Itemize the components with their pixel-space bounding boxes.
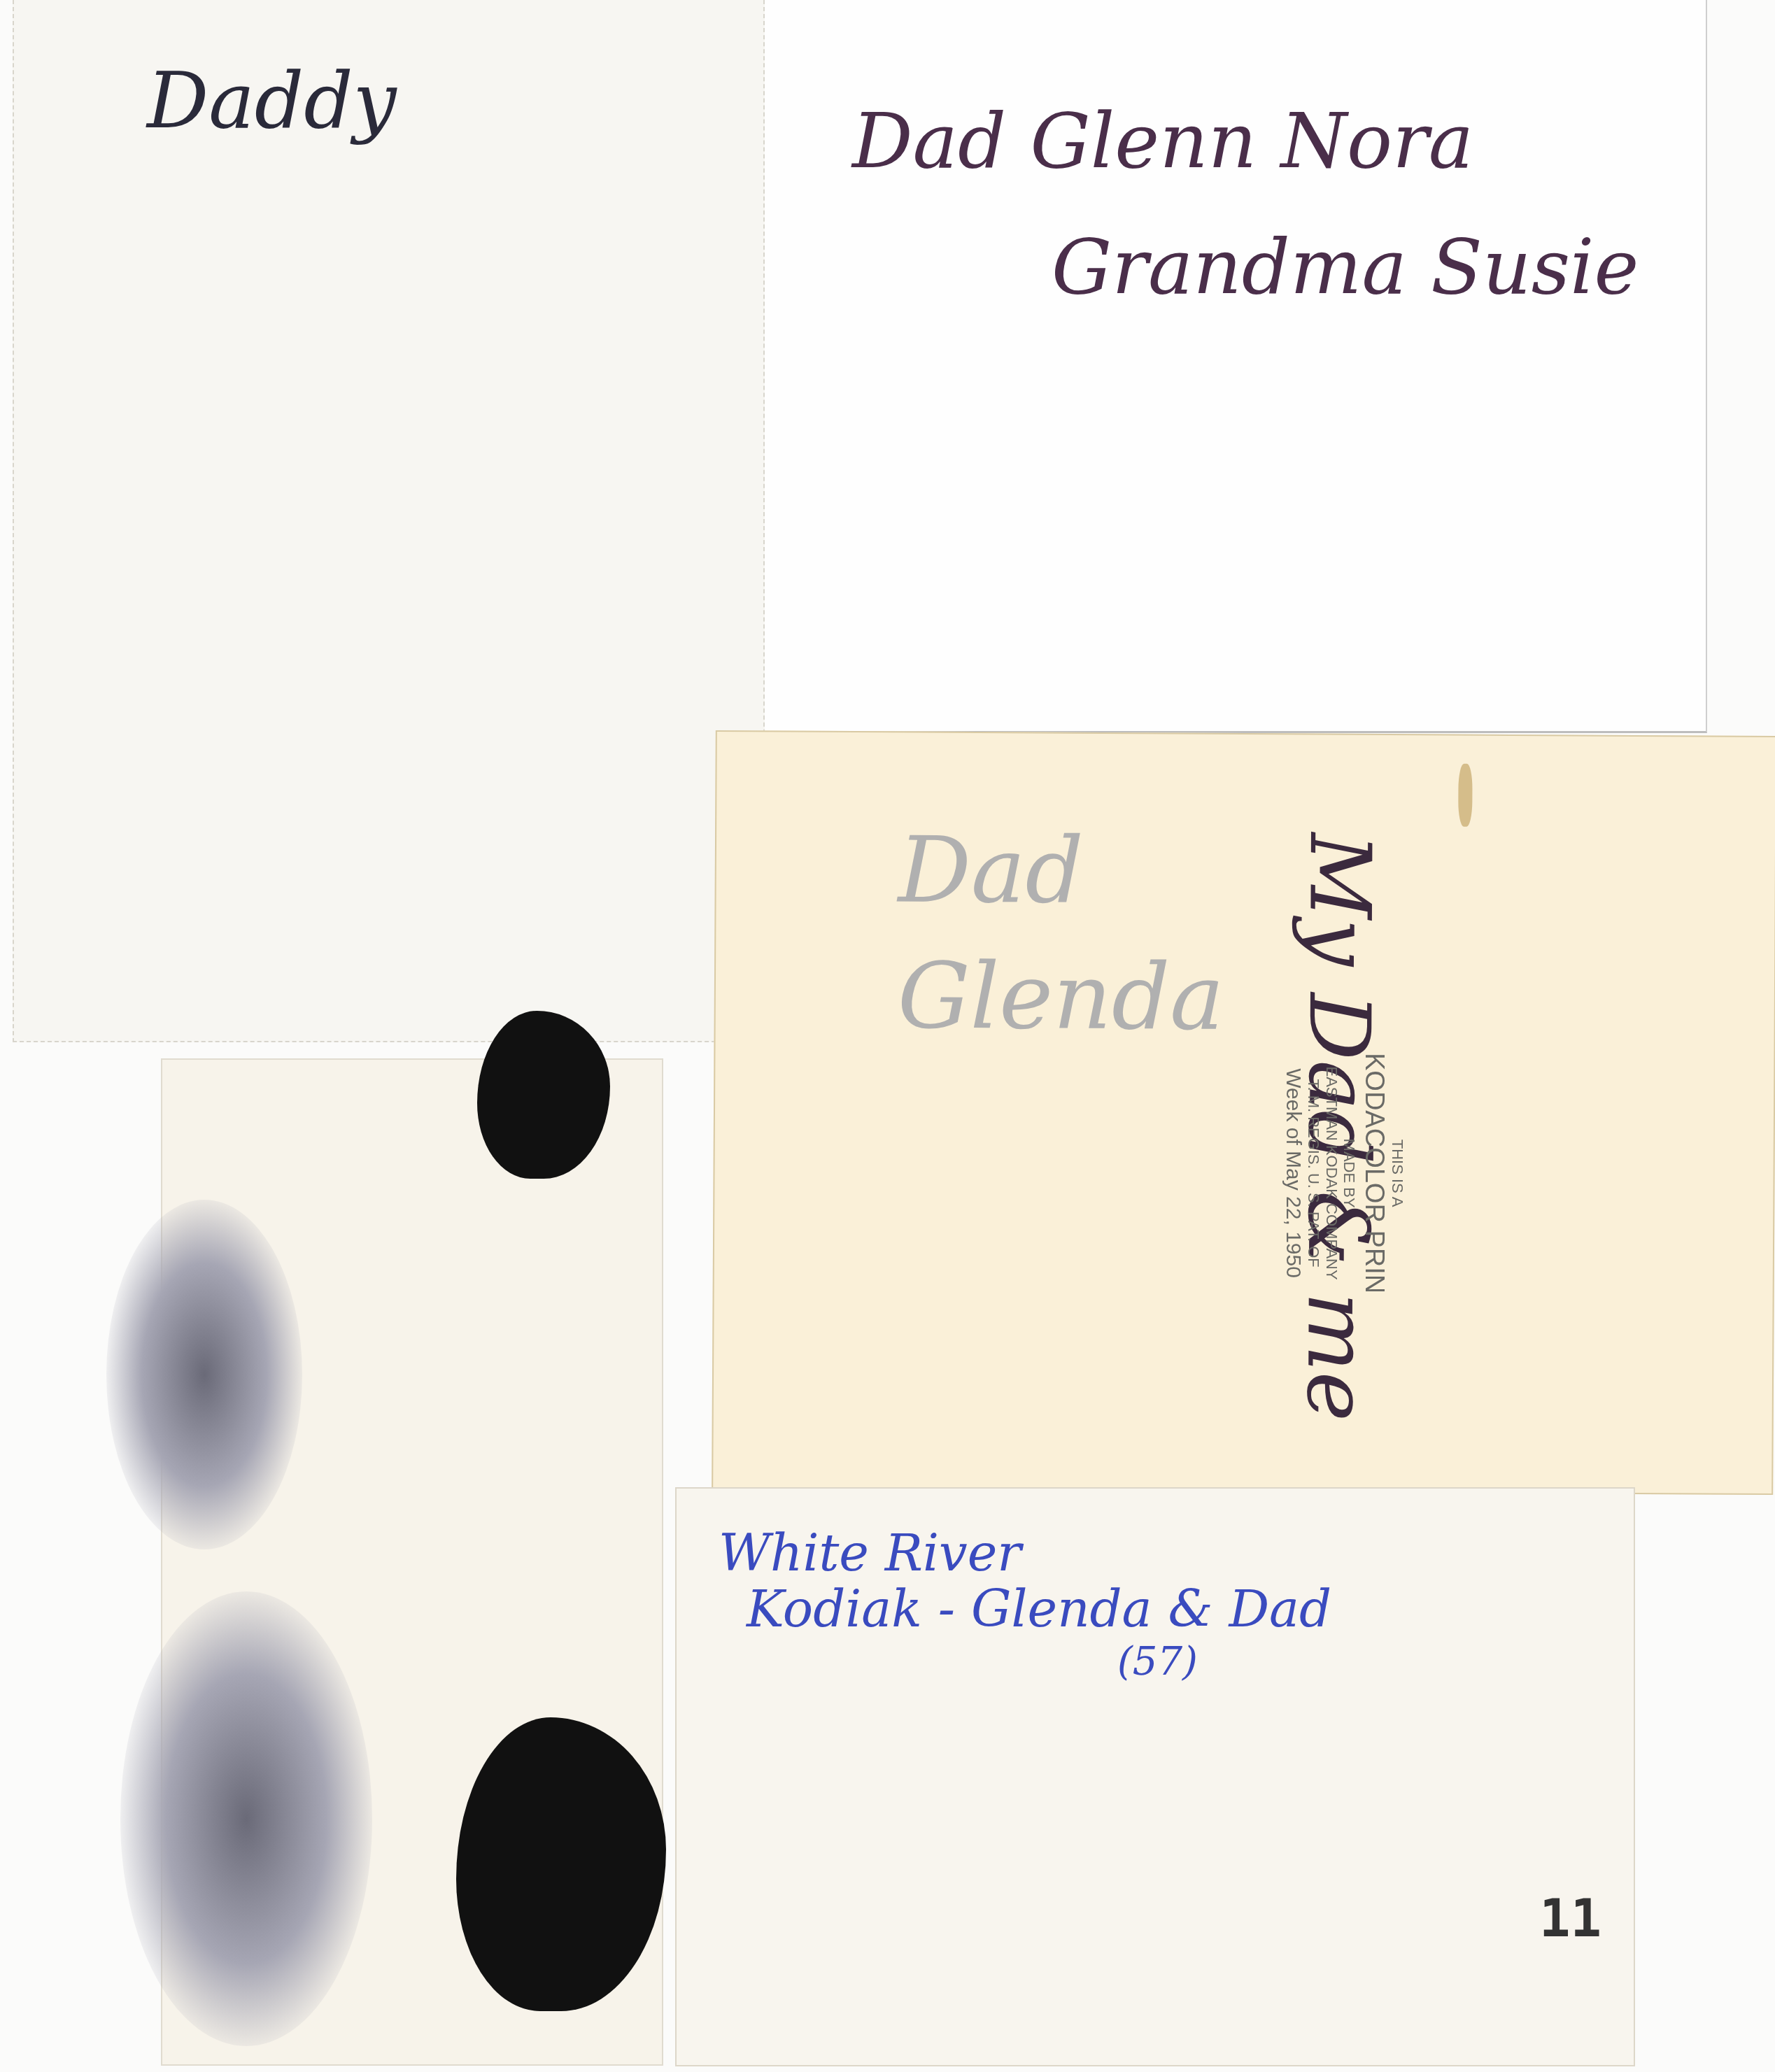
stamp-line: Week of May 22, 1950: [1281, 1053, 1306, 1293]
ink-blot: [456, 1717, 666, 2011]
pencil-label: Glenda: [897, 942, 1224, 1050]
handwritten-label: Daddy: [147, 56, 397, 146]
pencil-label: Dad: [898, 816, 1084, 923]
photo-back-white-river: White River Kodiak - Glenda & Dad (57): [675, 1487, 1635, 2066]
water-damage: [106, 1200, 302, 1549]
handwritten-label: Grandma Susie: [1052, 224, 1639, 311]
stamp-line: THIS IS A: [1389, 1053, 1406, 1293]
stamp-line: T. M. REGIS. U. S. PAT. OF: [1305, 1053, 1322, 1293]
stamp-line: EASTMAN KODAK COMPANY: [1322, 1053, 1340, 1293]
photo-back-damaged: [161, 1058, 663, 2066]
photo-back-kodacolor: Dad Glenda My Dad & me: [712, 730, 1775, 1495]
water-damage: [120, 1591, 372, 2046]
handwritten-label: (57): [1117, 1639, 1198, 1684]
handwritten-label: Kodiak - Glenda & Dad: [747, 1580, 1331, 1638]
stamp-line: KODACOLOR PRIN: [1358, 1053, 1389, 1293]
kodacolor-stamp: THIS IS A KODACOLOR PRIN MADE BY EASTMAN…: [1281, 1053, 1406, 1293]
handwritten-label: Dad Glenn Nora: [852, 98, 1473, 185]
stamp-line: MADE BY: [1341, 1053, 1358, 1293]
photo-back-daddy: Daddy: [13, 0, 765, 1042]
stain: [1458, 764, 1472, 827]
ink-blot: [477, 1011, 610, 1179]
handwritten-label: White River: [719, 1524, 1021, 1582]
stamped-number: 11: [1539, 1889, 1601, 1949]
photo-back-dad-glenn-nora: Dad Glenn Nora Grandma Susie: [765, 0, 1707, 733]
